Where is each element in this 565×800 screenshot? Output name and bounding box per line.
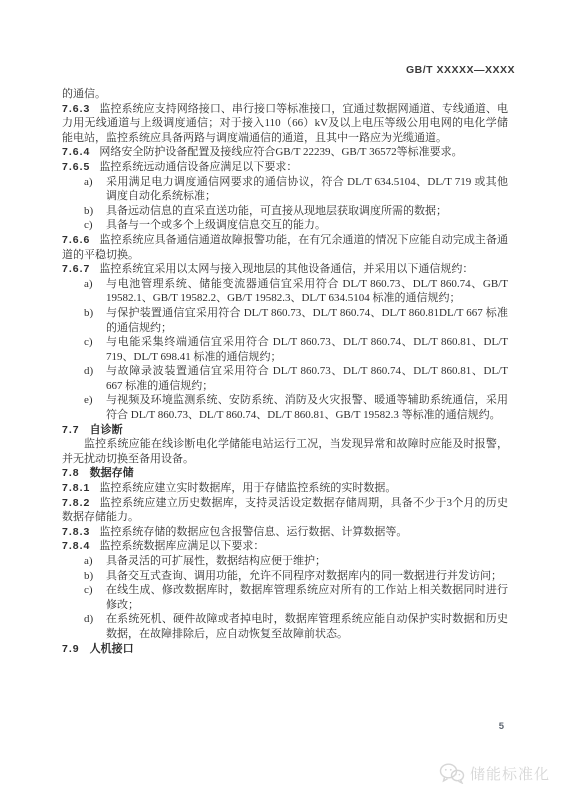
list-item: b)具备交互式查询、调用功能，允许不同程序对数据库内的同一数据进行并发访问； (62, 569, 508, 584)
section-number: 7.7 (62, 424, 80, 436)
clause-number: 7.6.5 (62, 161, 90, 173)
list-item-label: e) (84, 393, 93, 408)
list-item-text: 与视频及环境监测系统、安防系统、消防及火灾报警、暖通等辅助系统通信，采用符合 D… (106, 394, 508, 421)
list-item-text: 在线生成、修改数据库时，数据库管理系统应对所有的工作站上相关数据同时进行修改； (106, 584, 508, 611)
clause-7-8-4: 7.8.4监控系统数据库应满足以下要求： (62, 539, 508, 554)
list-item: c)与电能采集终端通信宜采用符合 DL/T 860.73、DL/T 860.74… (62, 335, 508, 364)
watermark: 储能标准化 (439, 762, 550, 784)
clause-7-6-5: 7.6.5监控系统远动通信设备应满足以下要求： (62, 160, 508, 175)
list-item: d)在系统死机、硬件故障或者掉电时，数据库管理系统应能自动保护实时数据和历史数据… (62, 612, 508, 641)
list-item-label: a) (84, 554, 93, 569)
list-item-text: 与保护装置通信宜采用符合 DL/T 860.73、DL/T 860.74、DL/… (106, 307, 508, 334)
section-heading-7-9: 7.9人机接口 (62, 642, 508, 657)
list-item-text: 具备与一个或多个上级调度信息交互的能力。 (106, 219, 326, 231)
clause-number: 7.6.3 (62, 103, 90, 115)
list-item-text: 与电能采集终端通信宜采用符合 DL/T 860.73、DL/T 860.74、D… (106, 336, 508, 363)
section-title: 自诊断 (90, 424, 123, 436)
list-item: d)与故障录波装置通信宜采用符合 DL/T 860.73、DL/T 860.74… (62, 364, 508, 393)
clause-number: 7.8.1 (62, 482, 90, 494)
clause-7-6-3: 7.6.3监控系统应支持网络接口、串行接口等标准接口，宜通过数据网通道、专线通道… (62, 102, 508, 146)
list-7-8-4: a)具备灵活的可扩展性，数据结构应便于维护； b)具备交互式查询、调用功能，允许… (62, 554, 508, 642)
list-item-text: 在系统死机、硬件故障或者掉电时，数据库管理系统应能自动保护实时数据和历史数据，在… (106, 613, 508, 640)
section-number: 7.8 (62, 467, 80, 479)
paragraph-text: 的通信。 (62, 88, 106, 100)
clause-text: 监控系统应建立历史数据库，支持灵活设定数据存储周期，具备不少于3个月的历史数据存… (62, 497, 508, 524)
document-body: 的通信。 7.6.3监控系统应支持网络接口、串行接口等标准接口，宜通过数据网通道… (62, 87, 508, 656)
list-item: c)具备与一个或多个上级调度信息交互的能力。 (62, 218, 508, 233)
section-title: 人机接口 (90, 643, 134, 655)
section-heading-7-7: 7.7自诊断 (62, 423, 508, 438)
clause-7-8-3: 7.8.3监控系统存储的数据应包含报警信息、运行数据、计算数据等。 (62, 525, 508, 540)
clause-text: 监控系统远动通信设备应满足以下要求： (99, 161, 297, 173)
list-item-text: 具备交互式查询、调用功能，允许不同程序对数据库内的同一数据进行并发访问； (106, 570, 502, 582)
clause-text: 监控系统应具备通信通道故障报警功能，在有冗余通道的情况下应能自动完成主备通道的平… (62, 234, 508, 261)
continuation-paragraph: 的通信。 (62, 87, 508, 102)
list-item: b)与保护装置通信宜采用符合 DL/T 860.73、DL/T 860.74、D… (62, 306, 508, 335)
list-item-text: 与故障录波装置通信宜采用符合 DL/T 860.73、DL/T 860.74、D… (106, 365, 508, 392)
clause-text: 监控系统应建立实时数据库，用于存储监控系统的实时数据。 (99, 482, 396, 494)
clause-number: 7.8.3 (62, 526, 90, 538)
list-item-label: a) (84, 277, 93, 292)
clause-text: 监控系统数据库应满足以下要求： (99, 540, 264, 552)
list-item-label: d) (84, 612, 93, 627)
list-item-label: b) (84, 204, 93, 219)
list-item: a)与电池管理系统、储能变流器通信宜采用符合 DL/T 860.73、DL/T … (62, 277, 508, 306)
list-item-label: c) (84, 218, 93, 233)
section-number: 7.9 (62, 643, 80, 655)
list-item: c)在线生成、修改数据库时，数据库管理系统应对所有的工作站上相关数据同时进行修改… (62, 583, 508, 612)
clause-number: 7.8.2 (62, 497, 90, 509)
clause-number: 7.6.6 (62, 234, 90, 246)
list-item-label: b) (84, 306, 93, 321)
list-item-label: c) (84, 335, 93, 350)
section-heading-7-8: 7.8数据存储 (62, 466, 508, 481)
clause-text: 网络安全防护设备配置及接线应符合GB/T 22239、GB/T 36572等标准… (99, 146, 462, 158)
list-item-text: 具备远动信息的直采直送功能，可直接从现地层获取调度所需的数据； (106, 205, 447, 217)
page-number: 5 (499, 721, 504, 732)
list-7-6-7: a)与电池管理系统、储能变流器通信宜采用符合 DL/T 860.73、DL/T … (62, 277, 508, 423)
list-item: a)具备灵活的可扩展性，数据结构应便于维护； (62, 554, 508, 569)
wechat-icon (439, 762, 465, 784)
clause-number: 7.6.4 (62, 146, 90, 158)
clause-7-6-4: 7.6.4网络安全防护设备配置及接线应符合GB/T 22239、GB/T 365… (62, 145, 508, 160)
watermark-label: 储能标准化 (470, 763, 550, 784)
list-7-6-5: a)采用满足电力调度通信网要求的通信协议，符合 DL/T 634.5104、DL… (62, 175, 508, 233)
list-item: b)具备远动信息的直采直送功能，可直接从现地层获取调度所需的数据； (62, 204, 508, 219)
clause-text: 监控系统存储的数据应包含报警信息、运行数据、计算数据等。 (99, 526, 407, 538)
clause-7-8-2: 7.8.2监控系统应建立历史数据库，支持灵活设定数据存储周期，具备不少于3个月的… (62, 496, 508, 525)
list-item: a)采用满足电力调度通信网要求的通信协议，符合 DL/T 634.5104、DL… (62, 175, 508, 204)
paragraph-7-7: 监控系统应能在线诊断电化学储能电站运行工况，当发现异常和故障时应能及时报警，并无… (62, 437, 508, 466)
section-title: 数据存储 (90, 467, 134, 479)
paragraph-text: 监控系统应能在线诊断电化学储能电站运行工况，当发现异常和故障时应能及时报警，并无… (62, 438, 508, 465)
clause-number: 7.8.4 (62, 540, 90, 552)
list-item-label: c) (84, 583, 93, 598)
list-item-label: b) (84, 569, 93, 584)
doc-number-header: GB/T XXXXX—XXXX (406, 64, 515, 76)
clause-text: 监控系统宜采用以太网与接入现地层的其他设备通信，并采用以下通信规约： (99, 263, 473, 275)
list-item-text: 采用满足电力调度通信网要求的通信协议，符合 DL/T 634.5104、DL/T… (106, 176, 508, 203)
clause-7-8-1: 7.8.1监控系统应建立实时数据库，用于存储监控系统的实时数据。 (62, 481, 508, 496)
clause-text: 监控系统应支持网络接口、串行接口等标准接口，宜通过数据网通道、专线通道、电力用无… (62, 103, 508, 144)
list-item-label: d) (84, 364, 93, 379)
list-item-label: a) (84, 175, 93, 190)
list-item-text: 与电池管理系统、储能变流器通信宜采用符合 DL/T 860.73、DL/T 86… (106, 278, 508, 305)
document-page: GB/T XXXXX—XXXX 的通信。 7.6.3监控系统应支持网络接口、串行… (0, 0, 565, 800)
clause-7-6-6: 7.6.6监控系统应具备通信通道故障报警功能，在有冗余通道的情况下应能自动完成主… (62, 233, 508, 262)
list-item: e)与视频及环境监测系统、安防系统、消防及火灾报警、暖通等辅助系统通信，采用符合… (62, 393, 508, 422)
clause-7-6-7: 7.6.7监控系统宜采用以太网与接入现地层的其他设备通信，并采用以下通信规约： (62, 262, 508, 277)
clause-number: 7.6.7 (62, 263, 90, 275)
list-item-text: 具备灵活的可扩展性，数据结构应便于维护； (106, 555, 326, 567)
